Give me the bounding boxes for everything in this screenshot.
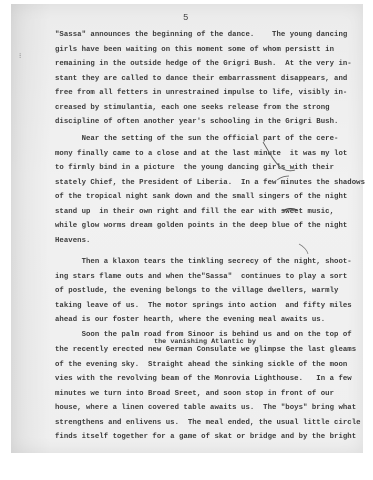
text-line: Then a klaxon tears the tinkling secrecy… [55, 258, 352, 267]
text-line: stant they are called to dance their emb… [55, 75, 347, 84]
text-line: of postlude, the evening belongs to the … [55, 287, 338, 296]
page-number: 5 [183, 13, 188, 23]
text-line: ing stars flame outs and when the"Sassa"… [55, 273, 347, 282]
text-line: discipline of often another year's schoo… [55, 118, 338, 127]
text-line: vies with the revolving beam of the Monr… [55, 375, 352, 384]
text-line: of the evening sky. Straight ahead the s… [55, 361, 347, 370]
text-line: Heavens. [55, 237, 90, 246]
text-line: to firmly bind in a picture the young da… [55, 164, 334, 173]
text-line: mony finally came to a close and at the … [55, 150, 347, 159]
text-line: of the tropical night sank down and the … [55, 193, 347, 202]
text-line: house, where a linen covered table await… [55, 404, 356, 413]
text-line: finds itself together for a game of skat… [55, 433, 356, 442]
text-line: strengthens and enlivens us. The meal en… [55, 419, 361, 428]
text-line: creased by stimulantia, each one seeks r… [55, 104, 330, 113]
text-line: stately Chief, the President of Liberia.… [55, 179, 365, 188]
text-line: remaining in the outside hedge of the Gr… [55, 60, 352, 69]
text-line: while glow worms dream golden points in … [55, 222, 347, 231]
text-line: the recently erected new German Consulat… [55, 346, 356, 355]
text-line: girls have been waiting on this moment s… [55, 46, 334, 55]
text-line: Near the setting of the sun the official… [55, 135, 338, 144]
text-line: taking leave of us. The motor springs in… [55, 302, 352, 311]
text-line: ahead is our foster hearth, where the ev… [55, 316, 325, 325]
text-line: minutes we turn into Broad Sreet, and so… [55, 390, 334, 399]
text-line: stand up in their own right and fill the… [55, 208, 334, 217]
interlinear-insert: the vanishing Atlantic by [154, 338, 256, 346]
margin-mark: ⁝ [19, 52, 21, 61]
text-line: free from all fetters in unrestrained im… [55, 89, 347, 98]
typewritten-page: ⁝ 5 "Sassa" announces the beginning of t… [11, 4, 363, 453]
text-line: "Sassa" announces the beginning of the d… [55, 31, 347, 40]
